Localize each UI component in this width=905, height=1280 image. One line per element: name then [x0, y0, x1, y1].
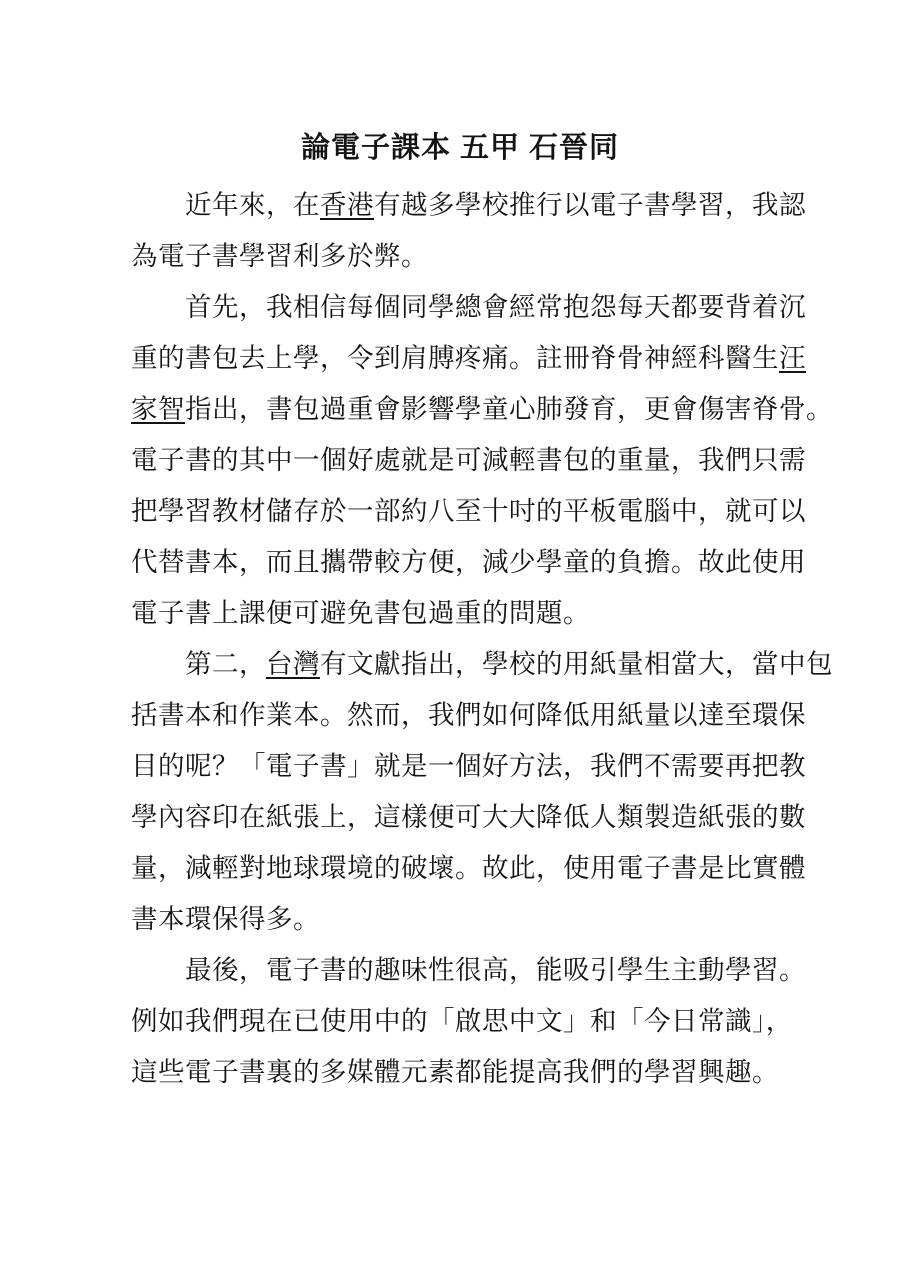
- text-segment: 這些電子書裏的多媒體元素都能提高我們的學習興趣。: [131, 1057, 779, 1087]
- text-line: 書本環保得多。: [131, 894, 793, 945]
- document-body: 近年來，在香港有越多學校推行以電子書學習，我認為電子書學習利多於弊。首先，我相信…: [131, 180, 793, 1098]
- text-line: 重的書包去上學，令到肩膊疼痛。註冊脊骨神經科醫生汪: [131, 333, 793, 384]
- text-line: 代替書本，而且攜帶較方便，減少學童的負擔。故此使用: [131, 537, 793, 588]
- document-page: 論電子課本 五甲 石晉同 近年來，在香港有越多學校推行以電子書學習，我認為電子書…: [0, 0, 905, 1280]
- text-line: 近年來，在香港有越多學校推行以電子書學習，我認: [131, 180, 793, 231]
- text-line: 量，減輕對地球環境的破壞。故此，使用電子書是比實體: [131, 843, 793, 894]
- text-line: 最後，電子書的趣味性很高，能吸引學生主動學習。: [131, 945, 793, 996]
- text-segment: 有越多學校推行以電子書學習，我認: [374, 190, 806, 220]
- text-line: 電子書的其中一個好處就是可減輕書包的重量，我們只需: [131, 435, 793, 486]
- text-segment: 括書本和作業本。然而，我們如何降低用紙量以達至環保: [131, 700, 806, 730]
- text-line: 為電子書學習利多於弊。: [131, 231, 793, 282]
- text-line: 學內容印在紙張上，這樣便可大大降低人類製造紙張的數: [131, 792, 793, 843]
- text-line: 例如我們現在已使用中的「啟思中文」和「今日常識」，: [131, 996, 793, 1047]
- text-segment: 例如我們現在已使用中的「啟思中文」和「今日常識」，: [131, 1006, 793, 1036]
- text-line: 首先，我相信每個同學總會經常抱怨每天都要背着沉: [131, 282, 793, 333]
- text-segment: 首先，我相信每個同學總會經常抱怨每天都要背着沉: [185, 292, 806, 322]
- underlined-text: 台灣: [266, 649, 320, 679]
- text-segment: 指出，書包過重會影響學童心肺發育，更會傷害脊骨。: [185, 394, 833, 424]
- text-segment: 電子書上課便可避免書包過重的問題。: [131, 598, 590, 628]
- text-line: 家智指出，書包過重會影響學童心肺發育，更會傷害脊骨。: [131, 384, 793, 435]
- text-line: 括書本和作業本。然而，我們如何降低用紙量以達至環保: [131, 690, 793, 741]
- text-segment: 書本環保得多。: [131, 904, 320, 934]
- text-segment: 第二，: [185, 649, 266, 679]
- document-title: 論電子課本 五甲 石晉同: [130, 130, 790, 166]
- text-line: 電子書上課便可避免書包過重的問題。: [131, 588, 793, 639]
- text-segment: 學內容印在紙張上，這樣便可大大降低人類製造紙張的數: [131, 802, 806, 832]
- text-segment: 把學習教材儲存於一部約八至十吋的平板電腦中，就可以: [131, 496, 806, 526]
- text-segment: 有文獻指出，學校的用紙量相當大，當中包: [320, 649, 833, 679]
- text-segment: 為電子書學習利多於弊。: [131, 241, 428, 271]
- underlined-text: 香港: [320, 190, 374, 220]
- underlined-text: 家智: [131, 394, 185, 424]
- text-segment: 目的呢？「電子書」就是一個好方法，我們不需要再把教: [131, 751, 806, 781]
- text-line: 目的呢？「電子書」就是一個好方法，我們不需要再把教: [131, 741, 793, 792]
- text-line: 這些電子書裏的多媒體元素都能提高我們的學習興趣。: [131, 1047, 793, 1098]
- underlined-text: 汪: [779, 343, 806, 373]
- text-line: 第二，台灣有文獻指出，學校的用紙量相當大，當中包: [131, 639, 793, 690]
- text-segment: 電子書的其中一個好處就是可減輕書包的重量，我們只需: [131, 445, 806, 475]
- text-segment: 量，減輕對地球環境的破壞。故此，使用電子書是比實體: [131, 853, 806, 883]
- text-segment: 代替書本，而且攜帶較方便，減少學童的負擔。故此使用: [131, 547, 806, 577]
- text-line: 把學習教材儲存於一部約八至十吋的平板電腦中，就可以: [131, 486, 793, 537]
- text-segment: 重的書包去上學，令到肩膊疼痛。註冊脊骨神經科醫生: [131, 343, 779, 373]
- text-segment: 最後，電子書的趣味性很高，能吸引學生主動學習。: [185, 955, 806, 985]
- text-segment: 近年來，在: [185, 190, 320, 220]
